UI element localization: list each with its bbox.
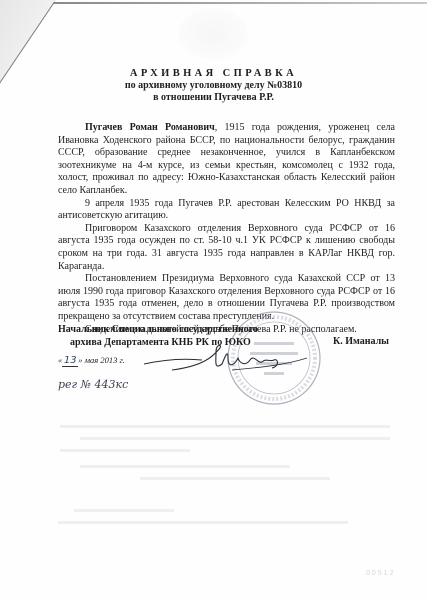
document-page: АРХИВНАЯ СПРАВКА по архивному уголовному… <box>0 0 427 600</box>
issue-date-day: 13 <box>62 355 78 367</box>
document-title: АРХИВНАЯ СПРАВКА <box>0 67 427 80</box>
registration-number: рег № 443кс <box>58 378 128 391</box>
paragraph-biography: Пугачев Роман Романович, 1915 года рожде… <box>58 122 395 198</box>
signatory-position-line1: Начальник Специального государственного <box>58 324 398 337</box>
bleed-through-text <box>80 437 390 440</box>
bleed-through-text <box>60 425 390 428</box>
paragraph-arrest: 9 апреля 1935 года Пугачев Р.Р. арестова… <box>58 198 395 223</box>
bleed-through-text <box>80 465 290 468</box>
emblem-watermark <box>178 8 248 60</box>
bleed-through-text <box>140 477 330 480</box>
document-header: АРХИВНАЯ СПРАВКА по архивному уголовному… <box>0 67 427 104</box>
bleed-through-text <box>60 449 190 452</box>
document-body: Пугачев Роман Романович, 1915 года рожде… <box>58 122 395 336</box>
document-subtitle-person: в отношении Пугачева Р.Р. <box>0 92 427 104</box>
bleed-through-text <box>58 521 348 524</box>
scan-edge <box>52 2 427 4</box>
issue-date: «13» мая 2013 г. <box>58 355 125 367</box>
paragraph-sentence: Приговором Казахского отделения Верховно… <box>58 223 395 273</box>
handwritten-signature-icon <box>142 340 312 380</box>
person-name: Пугачев Роман Романович <box>85 122 215 133</box>
page-serial-watermark: 00512 <box>366 570 395 577</box>
bleed-through-text <box>74 509 174 512</box>
document-subtitle-case: по архивному уголовному делу №03810 <box>0 80 427 92</box>
signatory-name: К. Иманалы <box>333 336 389 349</box>
